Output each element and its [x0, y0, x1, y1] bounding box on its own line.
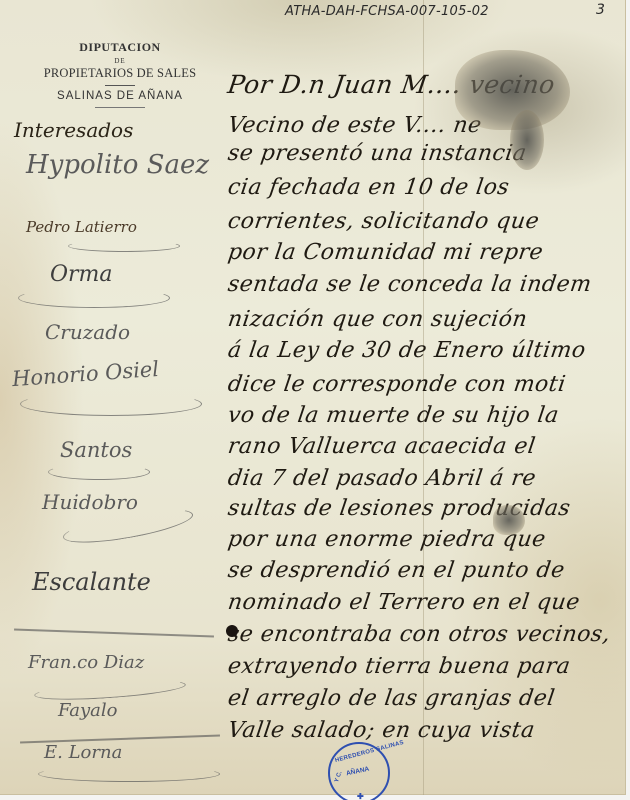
signature-flourish: [68, 240, 180, 252]
signature-santos: Santos: [60, 438, 132, 462]
body-line: nización que con sujeción: [226, 307, 529, 332]
letterhead-de: DE: [40, 57, 200, 65]
signature-fayalo: Fayalo: [58, 700, 118, 721]
cross-icon: ✚: [357, 792, 364, 800]
letterhead-title: DIPUTACION: [40, 40, 200, 55]
body-line: se presentó una instancia: [226, 141, 528, 166]
signature-francisco-diaz: Fran.co Diaz: [28, 652, 144, 673]
body-line: rano Valluerca acaecida el: [226, 434, 537, 459]
signature-pedro-latierro: Pedro Latierro: [26, 218, 137, 236]
body-line: se desprendió en el punto de: [226, 558, 566, 583]
body-line: extrayendo tierra buena para: [226, 654, 572, 679]
body-line: Valle salado; en cuya vista: [226, 718, 536, 743]
body-line: vo de la muerte de su hijo la: [226, 403, 560, 428]
letterhead-subtitle: PROPIETARIOS DE SALES: [40, 66, 200, 81]
body-line: cia fechada en 10 de los: [226, 175, 511, 200]
body-line: Vecino de este V.... ne: [226, 113, 483, 138]
signature-underline: [14, 629, 214, 638]
body-line: el arreglo de las granjas del: [226, 686, 556, 711]
stamp-arc-text: HEREDEROS SALINAS: [334, 740, 404, 764]
ink-blot: [226, 625, 238, 637]
signature-cruzado: Cruzado: [45, 320, 130, 344]
letterhead: DIPUTACION DE PROPIETARIOS DE SALES SALI…: [40, 40, 200, 108]
stamp-center-text: AÑANA: [346, 766, 370, 778]
burn-stain: [455, 50, 570, 130]
body-line: se encontraba con otros vecinos,: [226, 622, 612, 647]
signature-interesados: Interesados: [14, 118, 133, 142]
signature-escalante: Escalante: [32, 568, 151, 596]
body-line: dia 7 del pasado Abril á re: [226, 466, 537, 491]
letterhead-ornament: [95, 107, 145, 108]
page-number: 3: [596, 2, 605, 18]
stamp-prefix-text: Y C.: [334, 771, 344, 784]
signature-flourish: [18, 288, 170, 308]
letterhead-location: SALINAS DE AÑANA: [40, 90, 200, 102]
manuscript-page: ATHA-DAH-FCHSA-007-105-02 3 DIPUTACION D…: [0, 0, 626, 795]
archive-stamp: HEREDEROS SALINAS Y C. AÑANA ✚: [328, 742, 390, 800]
body-line: corrientes, solicitando que: [226, 209, 541, 234]
body-line: dice le corresponde con moti: [226, 372, 567, 397]
archive-reference: ATHA-DAH-FCHSA-007-105-02: [285, 4, 489, 19]
signature-honorio-osiel: Honorio Osiel: [11, 357, 159, 391]
signature-hypolito-saez: Hypolito Saez: [26, 150, 209, 180]
signature-e-lorna: E. Lorna: [44, 742, 122, 763]
signature-flourish: [20, 392, 202, 416]
signature-orma: Orma: [50, 262, 113, 287]
burn-stain-drip: [510, 110, 544, 170]
signature-flourish: [38, 766, 220, 782]
body-line: á la Ley de 30 de Enero último: [226, 338, 587, 363]
signature-flourish: [48, 464, 150, 480]
ink-stain: [493, 505, 525, 535]
signature-huidobro: Huidobro: [42, 490, 138, 514]
letterhead-rule: [105, 85, 135, 86]
body-line: sentada se le conceda la indem: [226, 272, 593, 297]
body-line: por la Comunidad mi repre: [226, 240, 545, 265]
body-line: nominado el Terrero en el que: [226, 590, 581, 615]
